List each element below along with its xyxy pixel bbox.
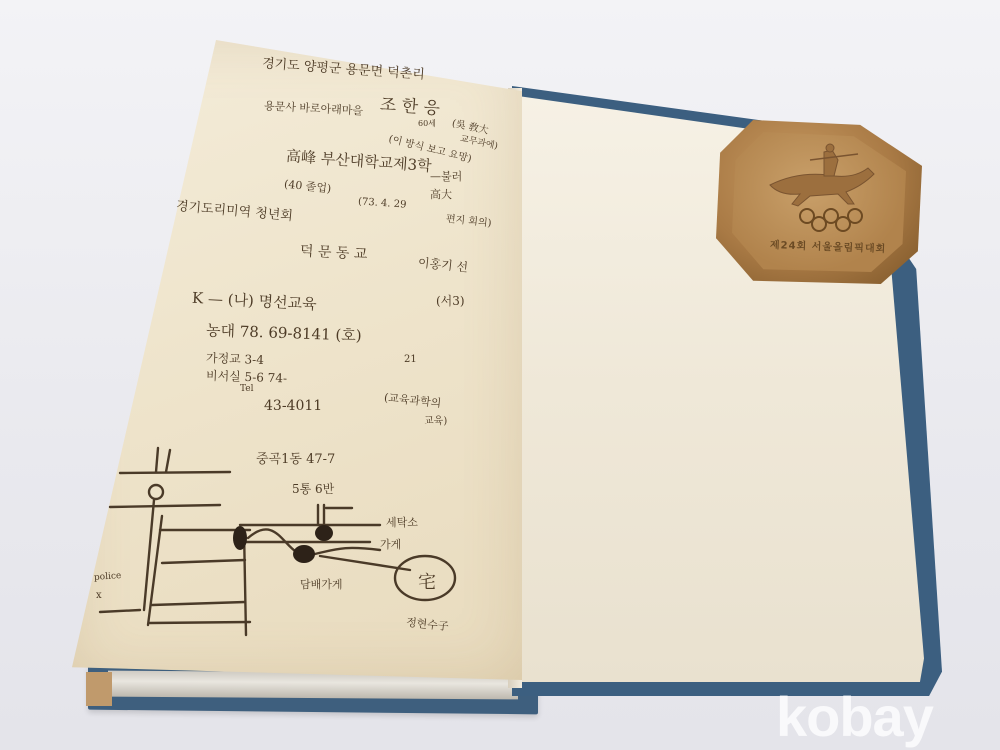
hand-drawn-map [80, 430, 520, 650]
handwritten-line: 조 한 응 [379, 90, 441, 119]
handwritten-line: —불러 [430, 168, 462, 184]
handwritten-line: 60세 [418, 118, 436, 129]
handwritten-line: Tel [240, 384, 254, 394]
handwritten-line: 가정교 3-4 [206, 349, 264, 368]
handwritten-line: 43-4011 [264, 398, 322, 414]
handwritten-line: 高大 [430, 186, 452, 202]
worn-corner [86, 672, 112, 706]
handwritten-line: 21 [404, 354, 417, 365]
archer-on-horse-icon [750, 140, 890, 210]
olympic-rings-icon [796, 207, 866, 233]
handwritten-line: 교육) [424, 412, 447, 427]
handwritten-line: 덕 문 동 교 [300, 240, 368, 264]
watermark-logo: kobay [776, 684, 933, 749]
handwritten-line: (서3) [436, 292, 465, 309]
